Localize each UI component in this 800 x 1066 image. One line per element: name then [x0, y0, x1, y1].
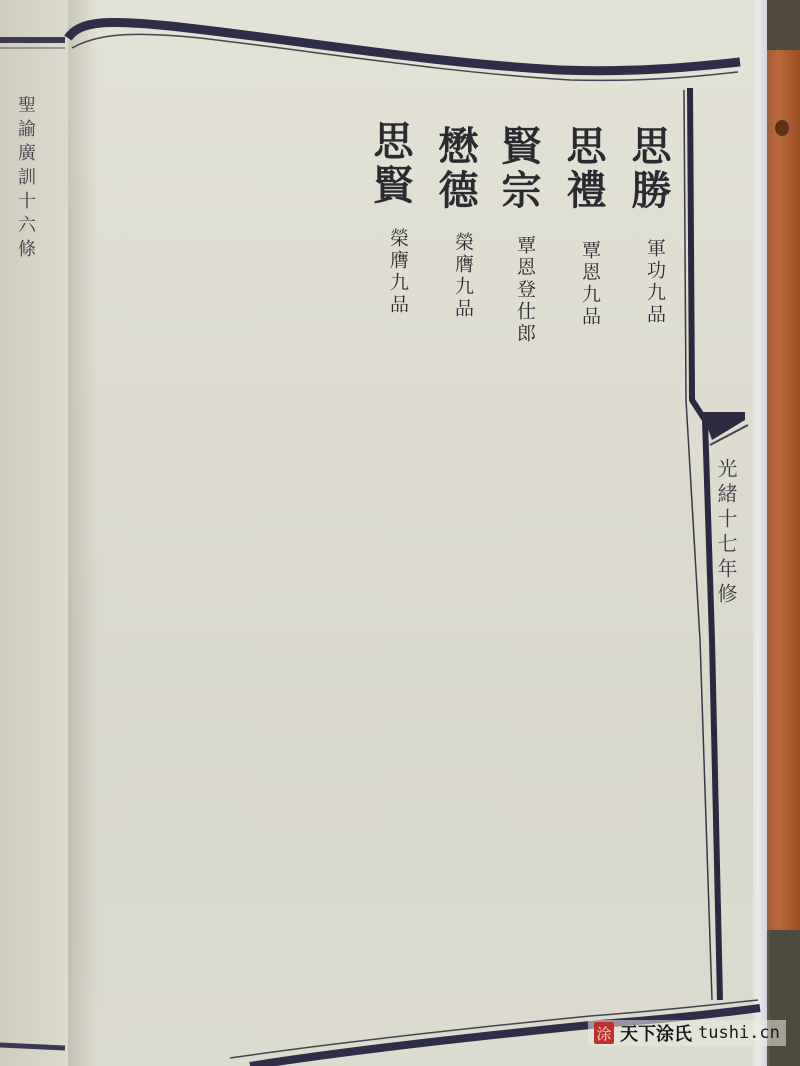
- person-name: 思禮: [555, 125, 612, 213]
- watermark: 涂 天下涂氏 tushi.cn: [588, 1020, 786, 1046]
- person-name: 思賢: [362, 120, 419, 208]
- person-name: 賢宗: [490, 125, 547, 213]
- edition-note: 光緒十七年修: [712, 458, 741, 608]
- person-title: 覃恩九品: [577, 240, 604, 328]
- person-title: 榮膺九品: [450, 232, 477, 320]
- left-margin-title: 聖諭廣訓十六條: [12, 95, 38, 263]
- person-title: 榮膺九品: [385, 228, 412, 316]
- watermark-site-name: 天下涂氏: [620, 1020, 692, 1046]
- person-title: 軍功九品: [642, 238, 669, 326]
- seal-icon: 涂: [594, 1022, 614, 1044]
- person-name: 懋德: [427, 125, 484, 213]
- person-title: 覃恩登仕郎: [512, 235, 539, 345]
- watermark-url: tushi.cn: [698, 1023, 780, 1043]
- person-name: 思勝: [620, 125, 677, 213]
